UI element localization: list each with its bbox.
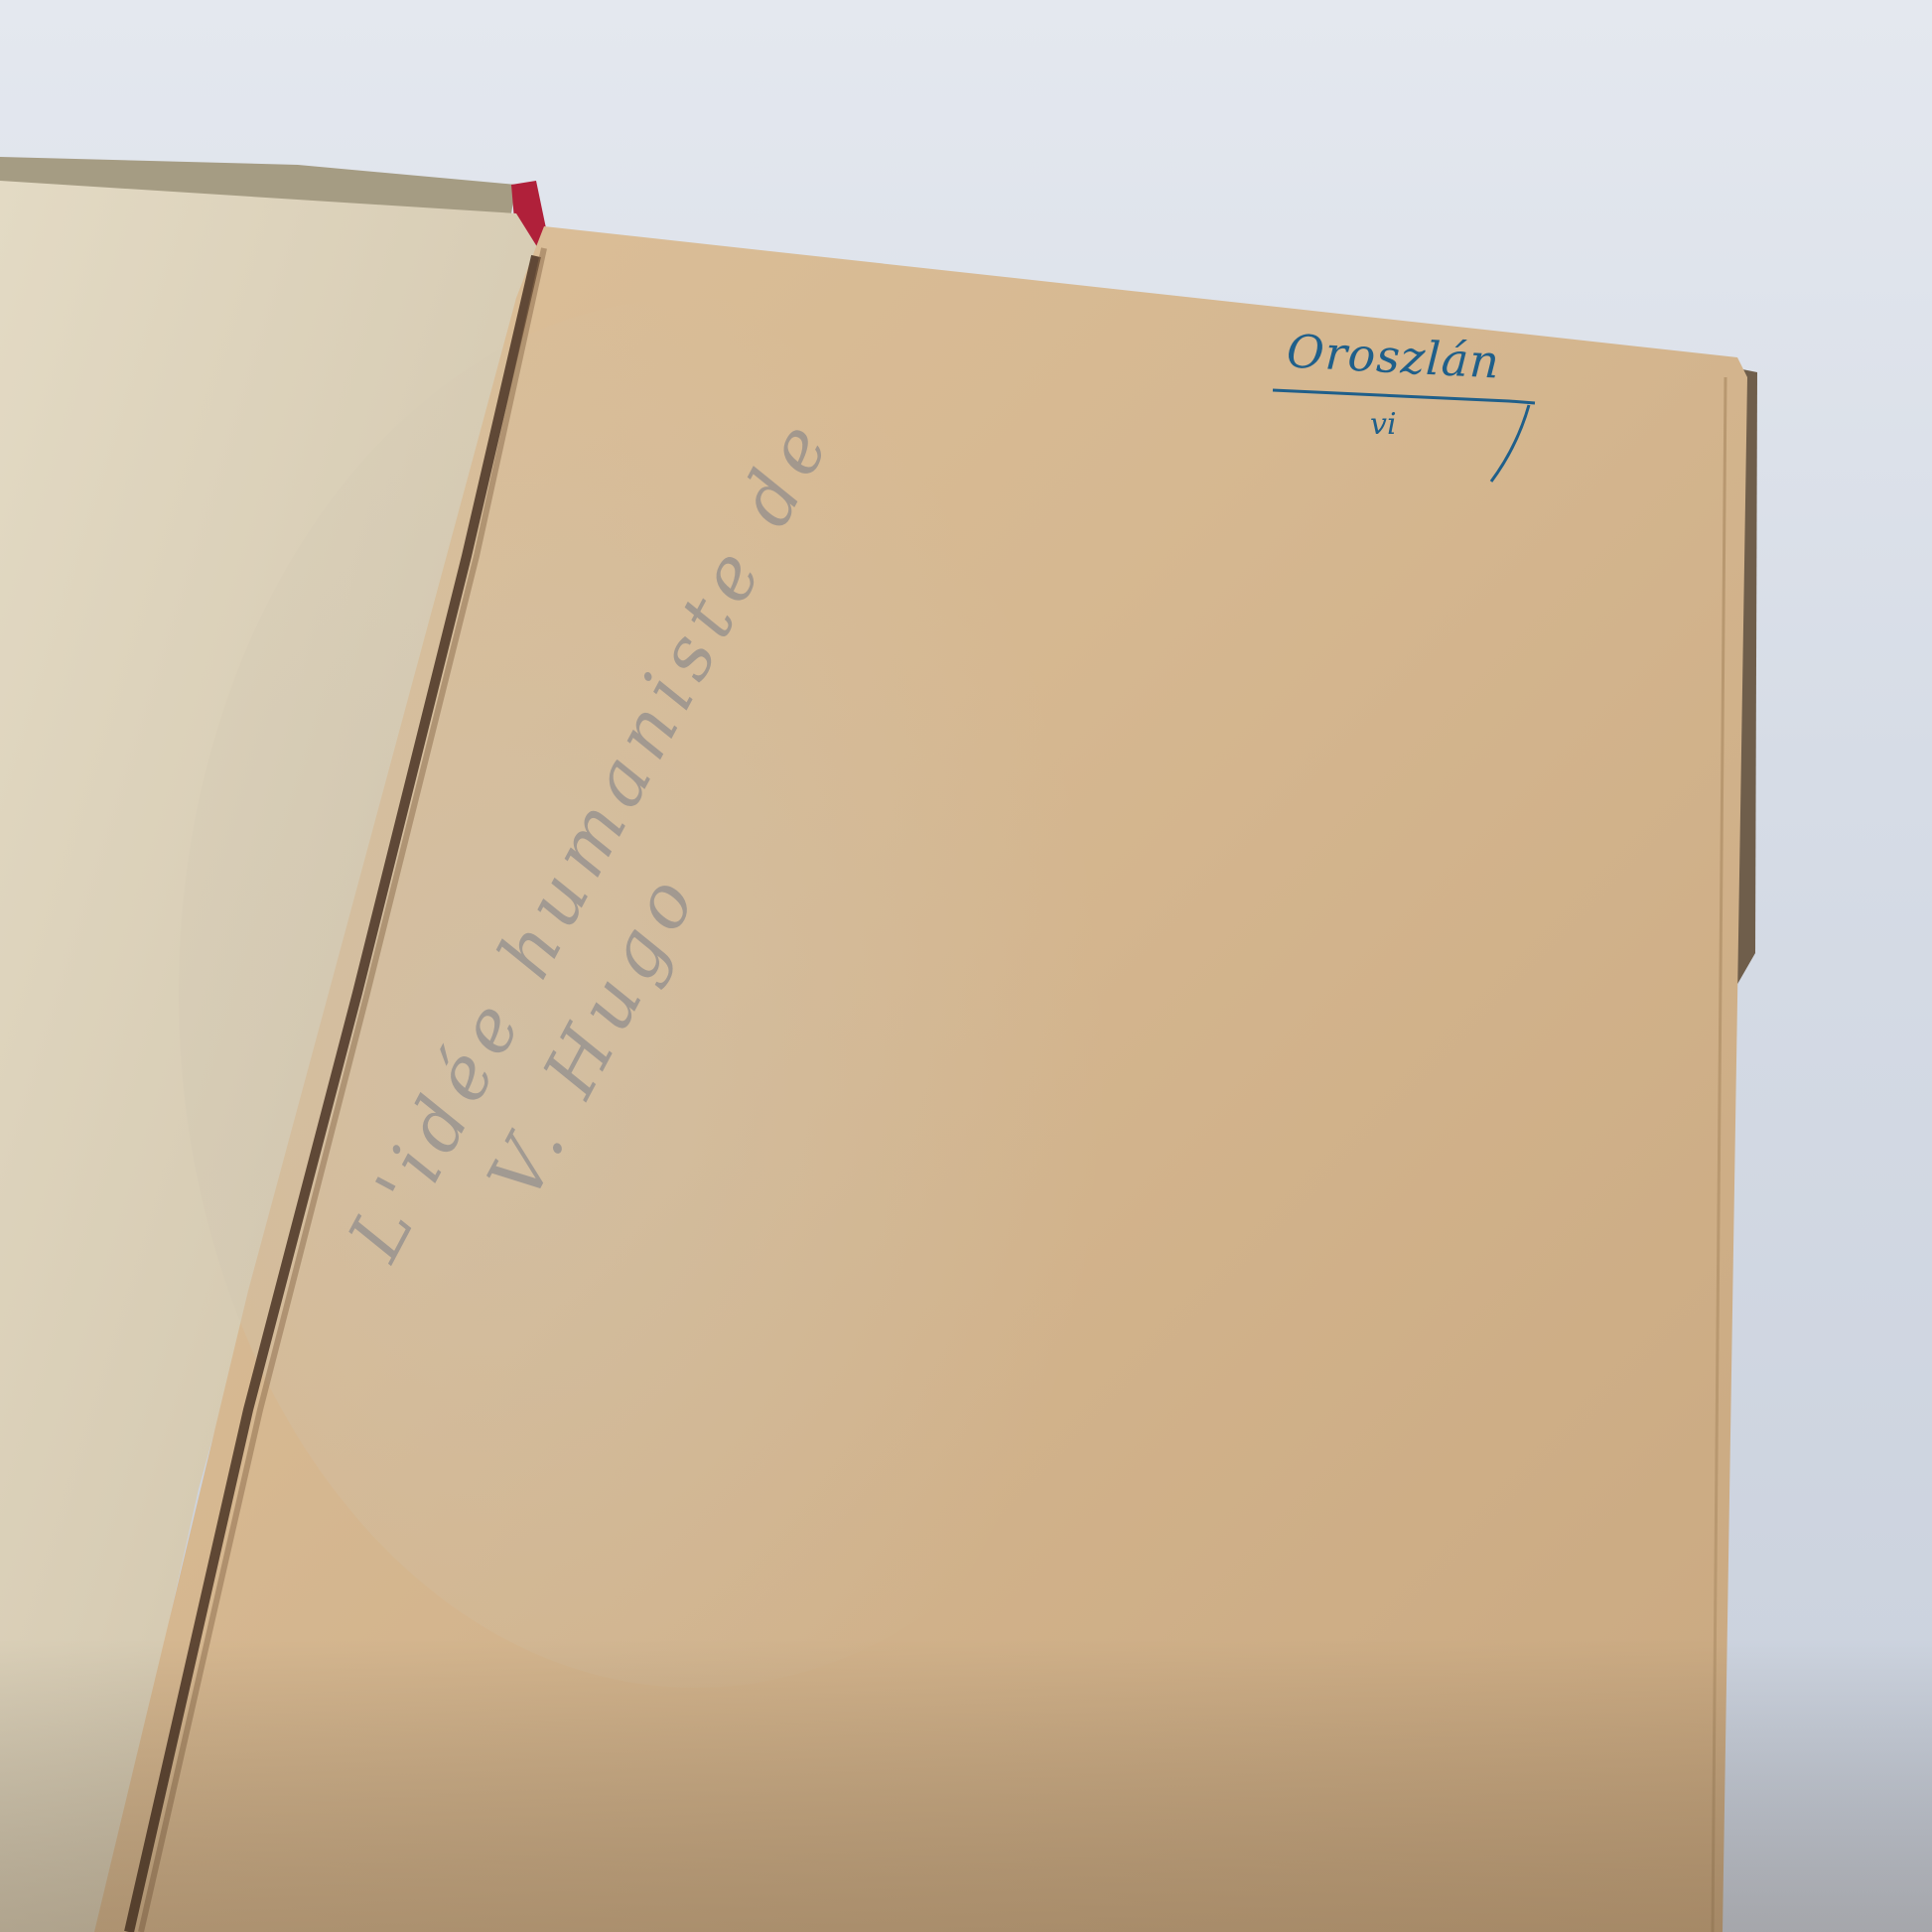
ink-signature: Oroszlán <box>1286 324 1502 388</box>
ink-mark: vi <box>1370 407 1397 442</box>
book-illustration <box>0 0 1932 1932</box>
book-photo: Oroszlán vi L'idée humaniste de V. Hugo <box>0 0 1932 1932</box>
